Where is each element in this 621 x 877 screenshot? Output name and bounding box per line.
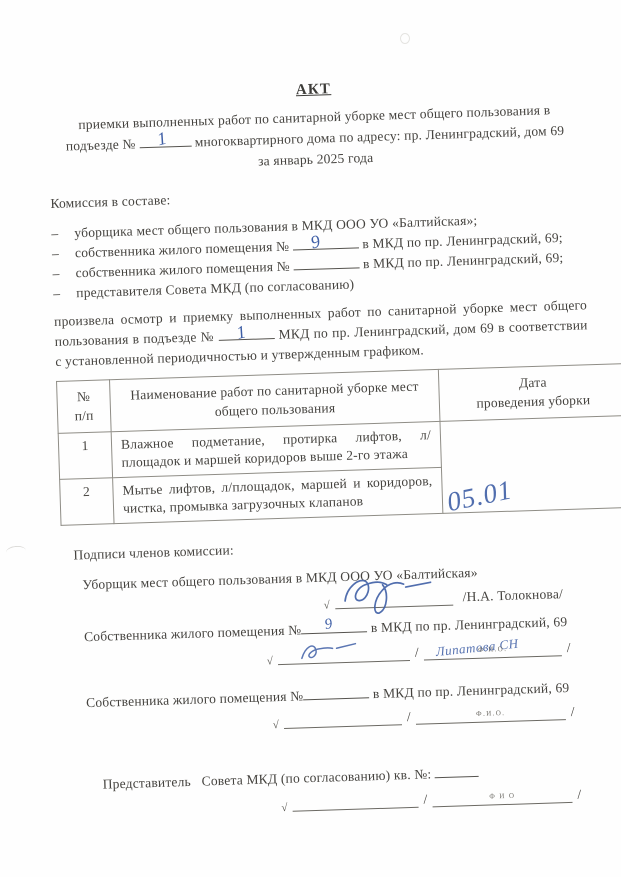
- header-cell-date: Дата проведения уборки: [438, 364, 621, 422]
- cleaner-signature-name: /Н.А. Толокнова/: [462, 586, 563, 605]
- owner1-text-post: в МКД по пр. Ленинградский, 69: [371, 614, 568, 635]
- member-text-post: в МКД по пр. Ленинградский, 69;: [363, 250, 564, 271]
- owner2-apartment-blank: [303, 684, 369, 700]
- fio-line: Липатова СН Ф.И.О.: [424, 640, 562, 660]
- slash-separator: /: [423, 791, 427, 807]
- fio-line-empty: Ф И О: [432, 787, 572, 807]
- apartment-number-blank-empty: [293, 254, 359, 270]
- row2-number: 2: [60, 478, 114, 526]
- fio-caption: Ф И О: [432, 789, 572, 803]
- slash-separator: /: [407, 709, 411, 725]
- entrance-number-blank-2: 1: [218, 325, 274, 341]
- row2-work-name: Мытье лифтов, л/площадок, маршей и корид…: [113, 467, 443, 523]
- representative-apartment-blank: [435, 763, 479, 778]
- commission-heading: Комиссия в составе:: [50, 177, 583, 214]
- check-mark: √: [323, 599, 330, 611]
- owner1-text-pre: Собственника жилого помещения №: [84, 622, 302, 644]
- owner1-apartment-blank: 9: [301, 618, 367, 634]
- owner2-text-pre: Собственника жилого помещения №: [86, 688, 304, 710]
- signature-line: [334, 590, 452, 610]
- commission-list: – уборщика мест общего пользования в МКД…: [51, 207, 586, 304]
- entrance-number-handwritten: 1: [155, 128, 169, 151]
- slash-separator: /: [415, 645, 419, 661]
- owner1-apartment-handwritten: 9: [323, 614, 334, 635]
- dash-marker: –: [51, 224, 62, 244]
- fio-line-empty: Ф.И.О.: [416, 704, 566, 725]
- entrance-number-blank: 1: [139, 133, 191, 149]
- acceptance-paragraph: произвела осмотр и приемку выполненных р…: [54, 295, 589, 372]
- signature-line-empty: [292, 792, 418, 812]
- representative-text: Представитель Совета МКД (по согласовани…: [102, 766, 431, 791]
- signature-line-empty: [284, 709, 402, 729]
- owner2-text-post: в МКД по пр. Ленинградский, 69: [373, 680, 570, 701]
- entrance-number-handwritten-2: 1: [234, 321, 248, 343]
- slash-separator: /: [570, 704, 574, 720]
- fio-caption: Ф.И.О.: [416, 706, 566, 721]
- check-mark: √: [273, 719, 280, 731]
- works-table: № п/п Наименование работ по санитарной у…: [56, 363, 621, 526]
- date-cell: 05.01: [440, 416, 621, 514]
- slash-separator: /: [566, 640, 570, 656]
- check-mark: √: [267, 655, 274, 667]
- owner1-signature-scribble: [297, 638, 368, 666]
- dash-marker: –: [52, 244, 63, 264]
- dash-marker: –: [52, 264, 63, 284]
- document-content: АКТ приемки выполненных работ по санитар…: [0, 0, 621, 821]
- dash-marker: –: [53, 284, 64, 304]
- scanned-act-document: АКТ приемки выполненных работ по санитар…: [0, 0, 621, 877]
- cleaning-date-handwritten: 05.01: [444, 474, 515, 518]
- row1-number: 1: [58, 432, 112, 480]
- check-mark: √: [281, 802, 288, 814]
- signature-line: [278, 645, 410, 665]
- slash-separator: /: [577, 787, 581, 803]
- signatures-heading: Подписи членов комиссии:: [73, 529, 594, 565]
- apartment-number-blank: 9: [292, 234, 358, 250]
- header-cell-number: № п/п: [57, 380, 112, 434]
